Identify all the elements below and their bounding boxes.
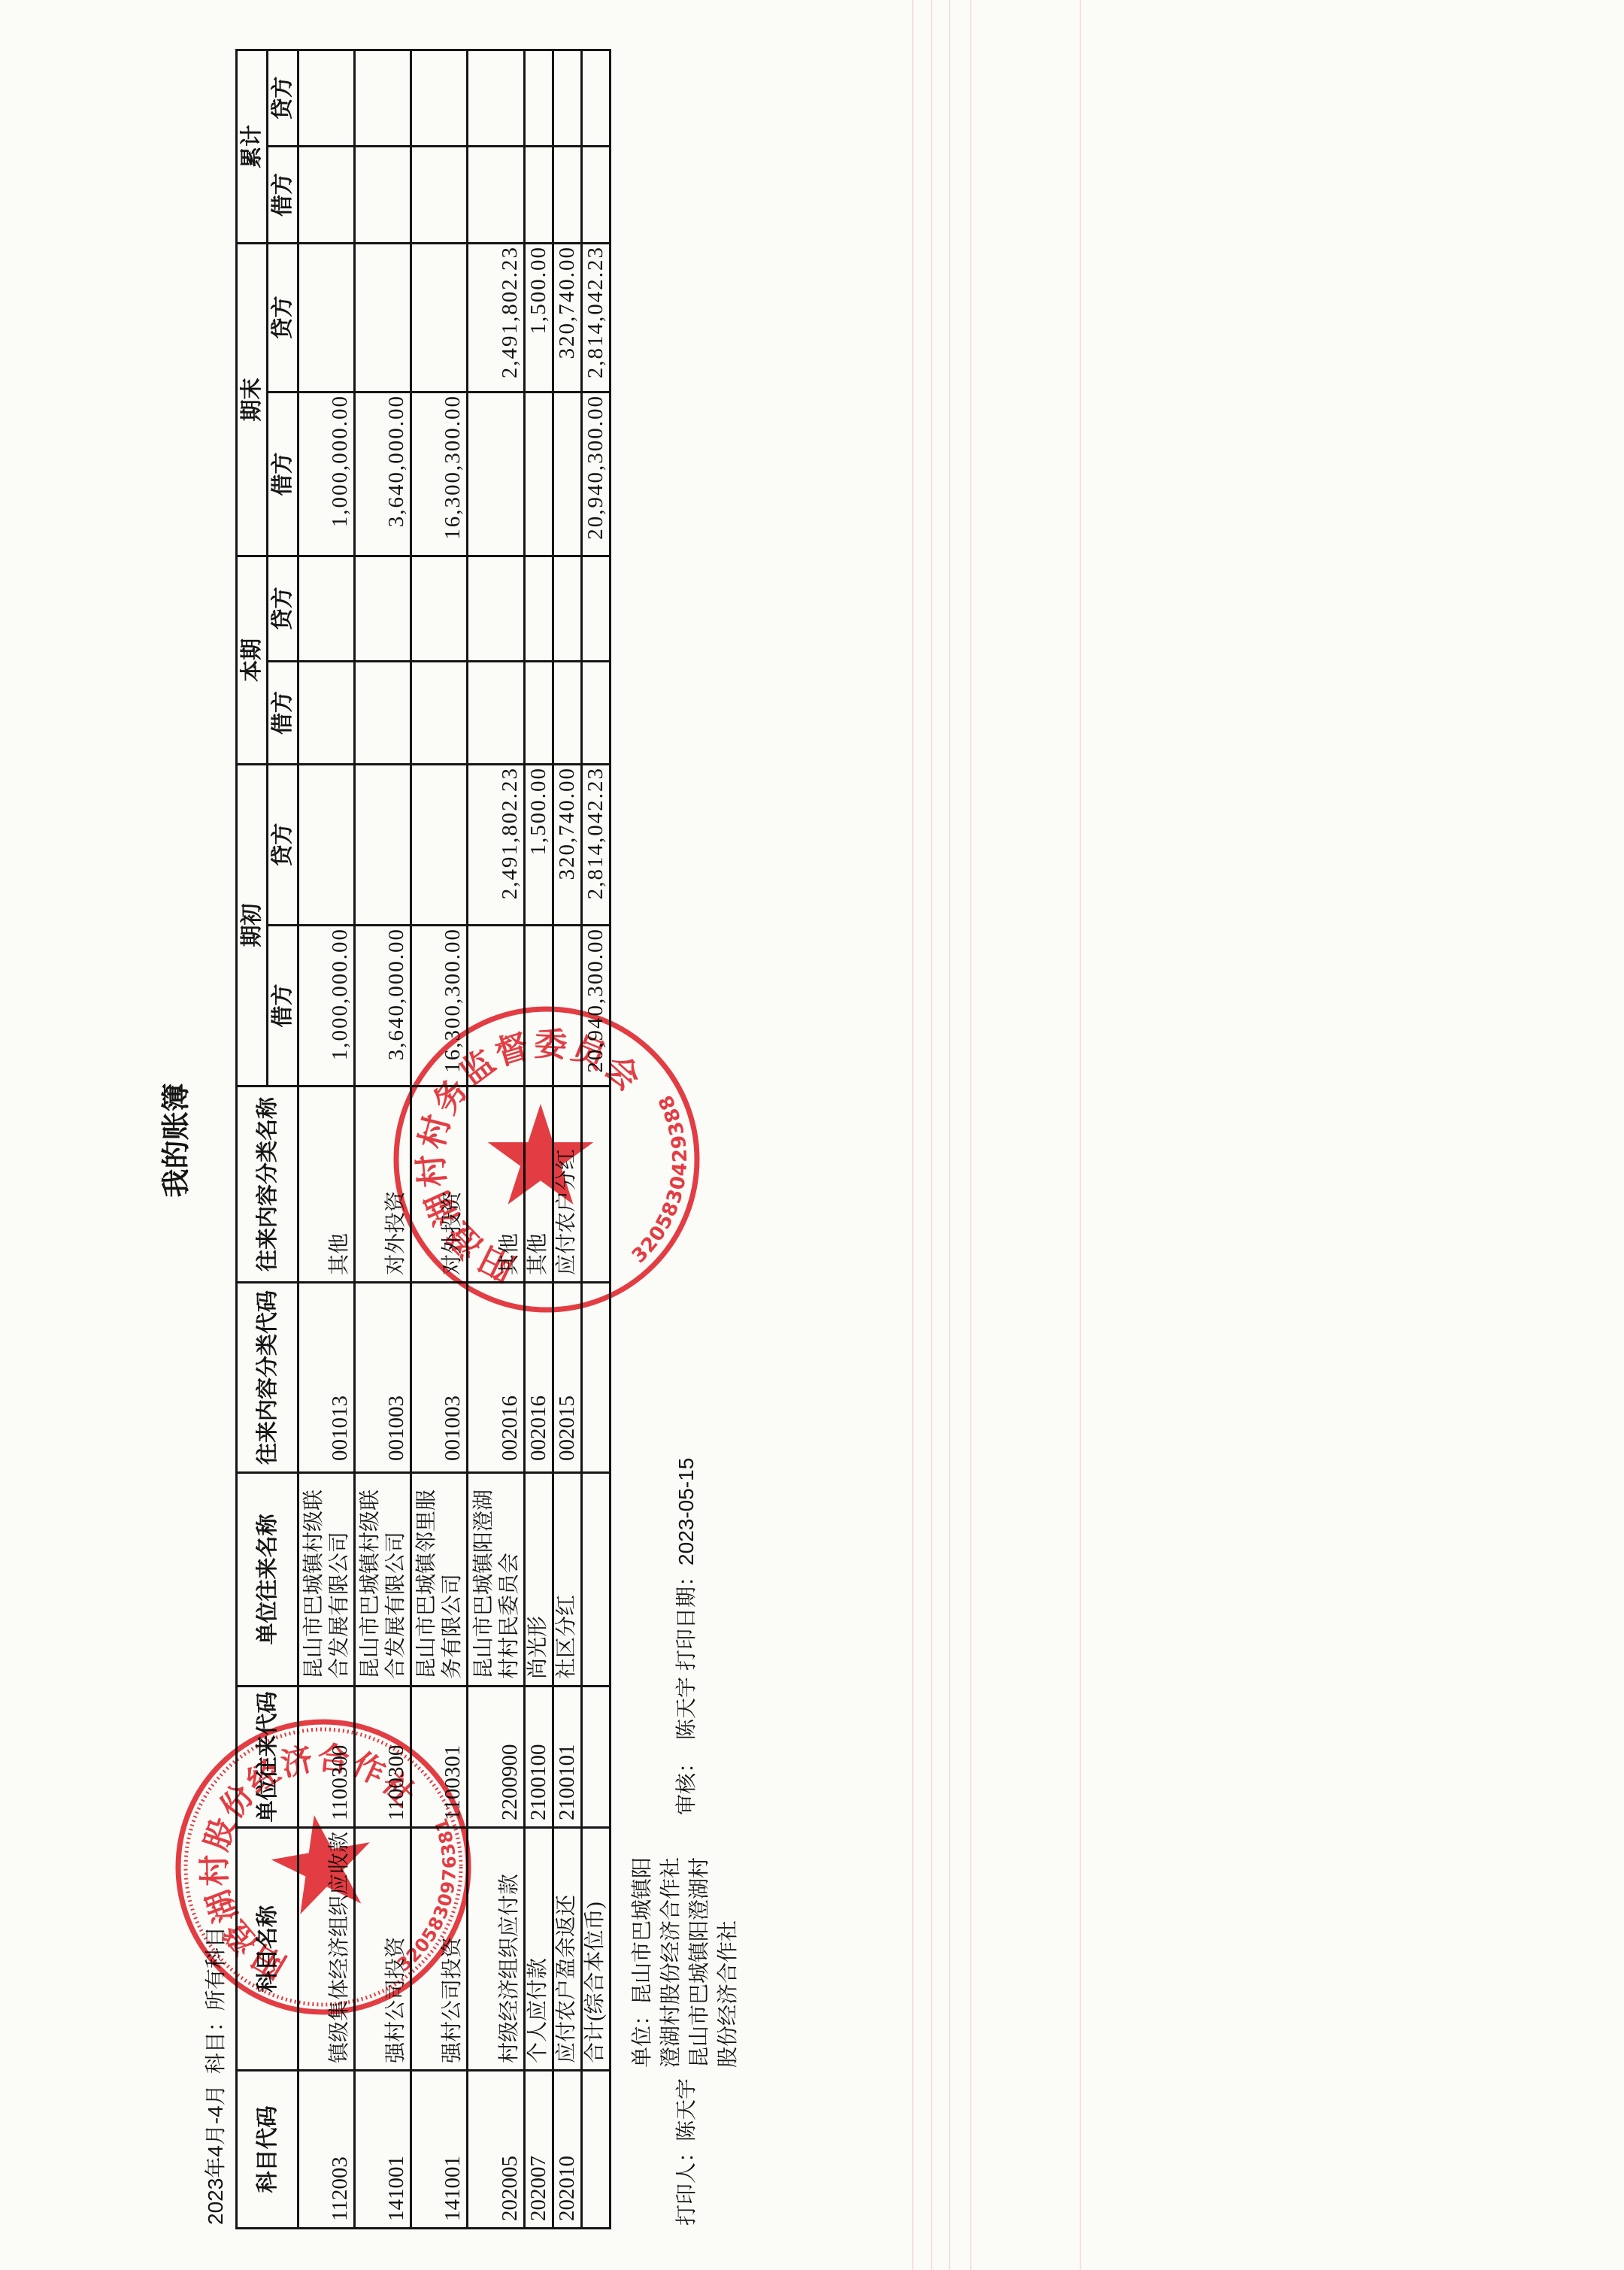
cumulative-debit-cell	[298, 146, 355, 243]
closing-credit-cell	[411, 243, 468, 392]
current-credit-cell	[411, 556, 468, 661]
current-debit-cell	[468, 661, 525, 764]
seal-code-text: 3205830429388	[628, 1091, 692, 1268]
star-icon	[488, 1104, 594, 1205]
opening-debit-cell: 1,000,000.00	[298, 926, 355, 1087]
subject-code-cell	[582, 2071, 611, 2229]
unit-repeat-line: 昆山市巴城镇阳澄湖村股份经济合作社	[685, 1848, 742, 2068]
subject-name-cell: 个人应付款	[525, 1828, 553, 2071]
opening-credit-cell	[298, 764, 355, 925]
header-current-credit: 贷方	[268, 556, 298, 661]
closing-credit-cell	[355, 243, 411, 392]
header-group-cumulative: 累计	[237, 50, 268, 243]
header-cumulative-credit: 贷方	[268, 50, 298, 146]
current-debit-total	[582, 661, 611, 764]
closing-debit-cell: 16,300,300.00	[411, 392, 468, 556]
unit-name-cell: 昆山市巴城镇阳澄湖村村民委员会	[468, 1473, 525, 1687]
unit-name-cell: 社区分红	[553, 1473, 582, 1687]
print-date: 2023-05-15	[674, 1458, 698, 1565]
opening-credit-cell	[355, 764, 411, 925]
cumulative-credit-cell	[355, 50, 411, 146]
closing-credit-cell	[298, 243, 355, 392]
subject-name-cell: 应付农户盈余返还	[553, 1828, 582, 2071]
cumulative-debit-cell	[355, 146, 411, 243]
category-code-cell: 001013	[298, 1283, 355, 1473]
opening-credit-cell: 2,491,802.23	[468, 764, 525, 925]
header-cumulative-debit: 借方	[268, 146, 298, 243]
period-text: 2023年4月-4月	[204, 2084, 227, 2225]
unit-code-cell: 2100100	[525, 1687, 553, 1828]
closing-debit-cell: 1,000,000.00	[298, 392, 355, 556]
category-name-cell: 其他	[298, 1087, 355, 1283]
header-closing-credit: 贷方	[268, 243, 298, 392]
subject-code-cell: 202007	[525, 2071, 553, 2229]
current-debit-cell	[553, 661, 582, 764]
opening-credit-cell	[411, 764, 468, 925]
cumulative-credit-cell	[525, 50, 553, 146]
closing-debit-total: 20,940,300.00	[582, 392, 611, 556]
unit-code-cell	[582, 1687, 611, 1828]
review-line: 审核：陈天宇打印日期：2023-05-15	[674, 1458, 699, 1815]
cooperative-seal-stamp: 阳澄湖村股份经济合作社 3205830976381	[165, 1709, 481, 2025]
cumulative-credit-cell	[298, 50, 355, 146]
printer-label: 打印人：	[674, 2141, 698, 2226]
subject-code-cell: 141001	[411, 2071, 468, 2229]
cumulative-debit-total	[582, 146, 611, 243]
unit-name-cell: 尚光形	[525, 1473, 553, 1687]
reviewer-label: 审核：	[674, 1752, 698, 1815]
unit-name-cell: 昆山市巴城镇邻里服务有限公司	[411, 1473, 468, 1687]
total-label-cell: 合计(综合本位币)	[582, 1828, 611, 2071]
unit-code-cell: 2100101	[553, 1687, 582, 1828]
closing-debit-cell	[553, 392, 582, 556]
closing-debit-cell	[525, 392, 553, 556]
cumulative-credit-cell	[553, 50, 582, 146]
closing-credit-cell: 320,740.00	[553, 243, 582, 392]
current-debit-cell	[411, 661, 468, 764]
header-closing-debit: 借方	[268, 392, 298, 556]
reviewer-name: 陈天宇	[674, 1677, 698, 1740]
subject-code-cell: 202005	[468, 2071, 525, 2229]
closing-debit-cell: 3,640,000.00	[355, 392, 411, 556]
cumulative-credit-total	[582, 50, 611, 146]
current-debit-cell	[298, 661, 355, 764]
unit-name-cell	[582, 1473, 611, 1687]
opening-credit-cell: 1,500.00	[525, 764, 553, 925]
header-group-closing: 期末	[237, 243, 268, 556]
current-credit-total	[582, 556, 611, 661]
supervision-committee-stamp: 阳澄湖村村务监督委员会 3205830429388	[385, 998, 708, 1321]
seal-code-textpath: 3205830976381	[393, 1815, 460, 1976]
current-debit-cell	[355, 661, 411, 764]
print-date-label: 打印日期：	[674, 1565, 698, 1671]
header-group-opening: 期初	[237, 764, 268, 1086]
closing-credit-total: 2,814,042.23	[582, 243, 611, 392]
current-credit-cell	[525, 556, 553, 661]
closing-credit-cell: 1,500.00	[525, 243, 553, 392]
subject-code-cell: 112003	[298, 2071, 355, 2229]
unit-name-repeat: 昆山市巴城镇阳澄湖村股份经济合作社	[687, 1857, 739, 2068]
seal-code-textpath: 3205830429388	[628, 1091, 692, 1268]
seal-code-text: 3205830976381	[393, 1815, 460, 1976]
current-debit-cell	[525, 661, 553, 764]
header-current-debit: 借方	[268, 661, 298, 764]
header-subject-code: 科目代码	[237, 2071, 298, 2229]
cumulative-debit-cell	[411, 146, 468, 243]
header-opening-credit: 贷方	[268, 764, 298, 925]
current-credit-cell	[468, 556, 525, 661]
unit-label: 单位：	[630, 2005, 653, 2068]
printer-line: 打印人：陈天宇	[674, 2078, 699, 2226]
cumulative-credit-cell	[468, 50, 525, 146]
unit-name-cell: 昆山市巴城镇村级联合发展有限公司	[355, 1473, 411, 1687]
current-credit-cell	[553, 556, 582, 661]
star-icon	[265, 1807, 380, 1918]
header-category-code: 往来内容分类代码	[237, 1283, 298, 1473]
unit-line: 单位：昆山市巴城镇阳澄湖村股份经济合作社	[628, 1848, 685, 2068]
subject-code-cell: 141001	[355, 2071, 411, 2229]
opening-credit-cell: 320,740.00	[553, 764, 582, 925]
current-credit-cell	[355, 556, 411, 661]
subject-code-cell: 202010	[553, 2071, 582, 2229]
opening-credit-total: 2,814,042.23	[582, 764, 611, 925]
closing-debit-cell	[468, 392, 525, 556]
header-group-current: 本期	[237, 556, 268, 764]
cumulative-credit-cell	[411, 50, 468, 146]
cumulative-debit-cell	[468, 146, 525, 243]
header-unit-name: 单位往来名称	[237, 1473, 298, 1687]
cumulative-debit-cell	[553, 146, 582, 243]
header-category-name: 往来内容分类名称	[237, 1087, 298, 1283]
printer-name: 陈天宇	[674, 2078, 698, 2141]
header-opening-debit: 借方	[268, 926, 298, 1087]
cumulative-debit-cell	[525, 146, 553, 243]
unit-name-cell: 昆山市巴城镇村级联合发展有限公司	[298, 1473, 355, 1687]
closing-credit-cell: 2,491,802.23	[468, 243, 525, 392]
current-credit-cell	[298, 556, 355, 661]
